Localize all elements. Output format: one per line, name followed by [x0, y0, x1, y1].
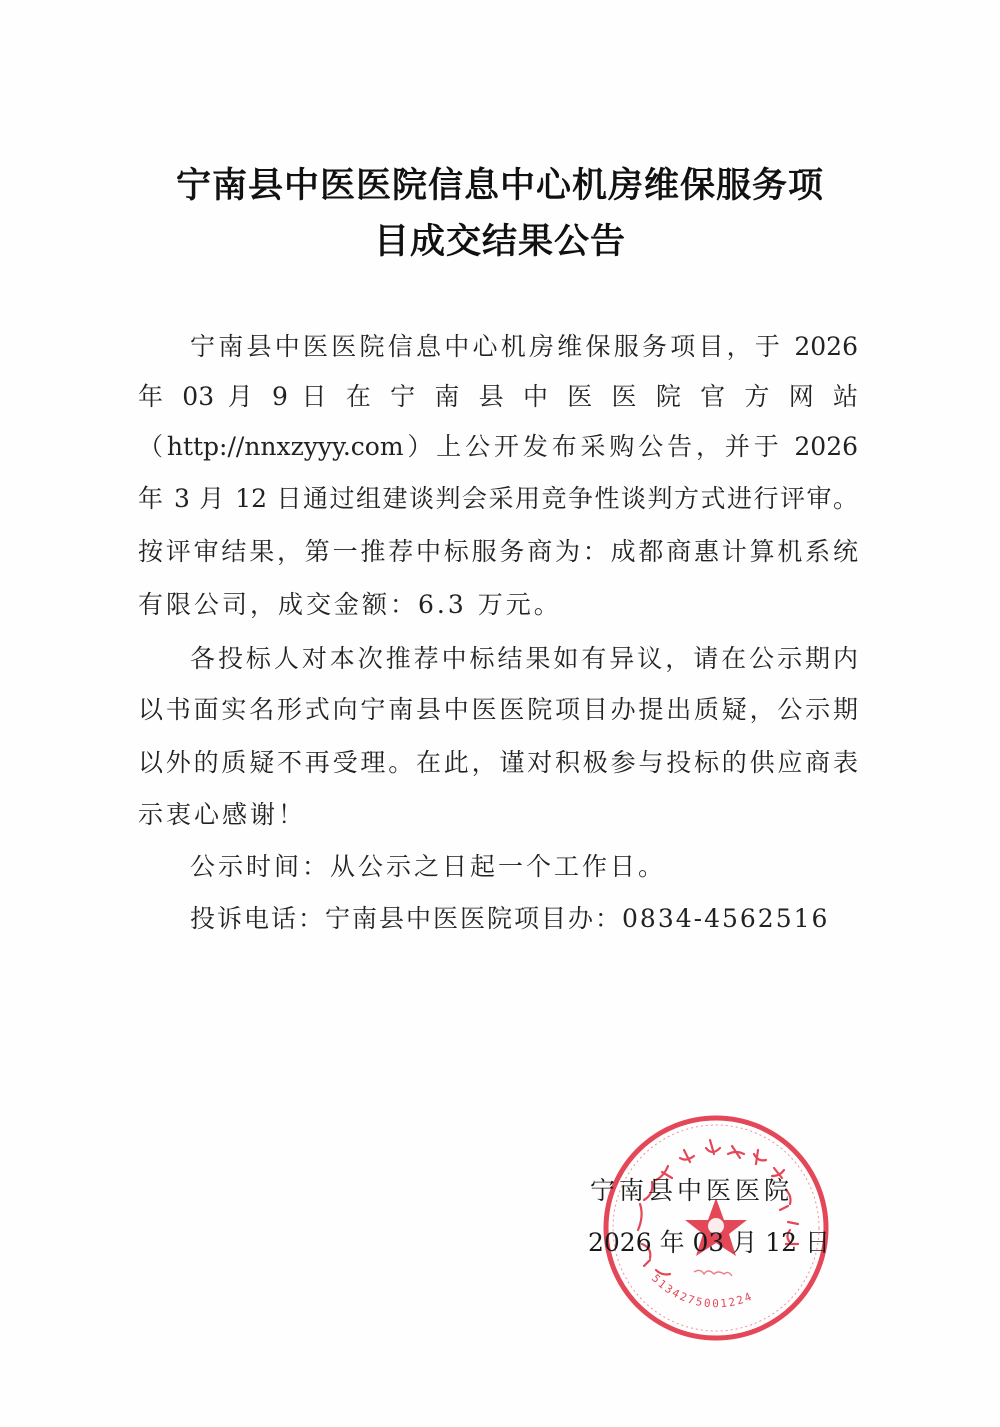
publicity-period: 公示时间：从公示之日起一个工作日。 [190, 850, 910, 884]
paragraph-1-line-4: 年 3 月 12 日通过组建谈判会采用竞争性谈判方式进行评审。 [138, 482, 858, 516]
paragraph-2-line-2: 以书面实名形式向宁南县中医医院项目办提出质疑，公示期 [138, 693, 858, 727]
signature-date: 2026 年 03 月 12 日 [588, 1226, 830, 1260]
seal-serial-number: 5134275001224 [649, 1272, 755, 1311]
document-title-line-1: 宁南县中医医院信息中心机房维保服务项 [120, 158, 880, 214]
complaint-phone: 投诉电话：宁南县中医医院项目办：0834-4562516 [190, 902, 910, 936]
paragraph-1-line-1: 宁南县中医医院信息中心机房维保服务项目，于 2026 [190, 330, 858, 364]
document-page: 宁南县中医医院信息中心机房维保服务项 目成交结果公告 宁南县中医医院信息中心机房… [0, 0, 1000, 1427]
paragraph-2-line-4: 示衷心感谢！ [138, 798, 858, 832]
svg-text:5134275001224: 5134275001224 [649, 1272, 755, 1311]
paragraph-1-line-2: 年 03 月 9 日 在 宁 南 县 中 医 医 院 官 方 网 站 [138, 380, 858, 414]
signature-organization: 宁南县中医医院 [590, 1174, 793, 1208]
document-title-line-2: 目成交结果公告 [120, 214, 880, 270]
paragraph-2-line-1: 各投标人对本次推荐中标结果如有异议，请在公示期内 [190, 642, 858, 676]
paragraph-1-line-6: 有限公司，成交金额：6.3 万元。 [138, 588, 858, 622]
paragraph-1-line-3: （http://nnxzyyy.com）上公开发布采购公告，并于 2026 [138, 430, 858, 464]
paragraph-1-line-5: 按评审结果，第一推荐中标服务商为：成都商惠计算机系统 [138, 535, 858, 569]
paragraph-2-line-3: 以外的质疑不再受理。在此，谨对积极参与投标的供应商表 [138, 746, 858, 780]
